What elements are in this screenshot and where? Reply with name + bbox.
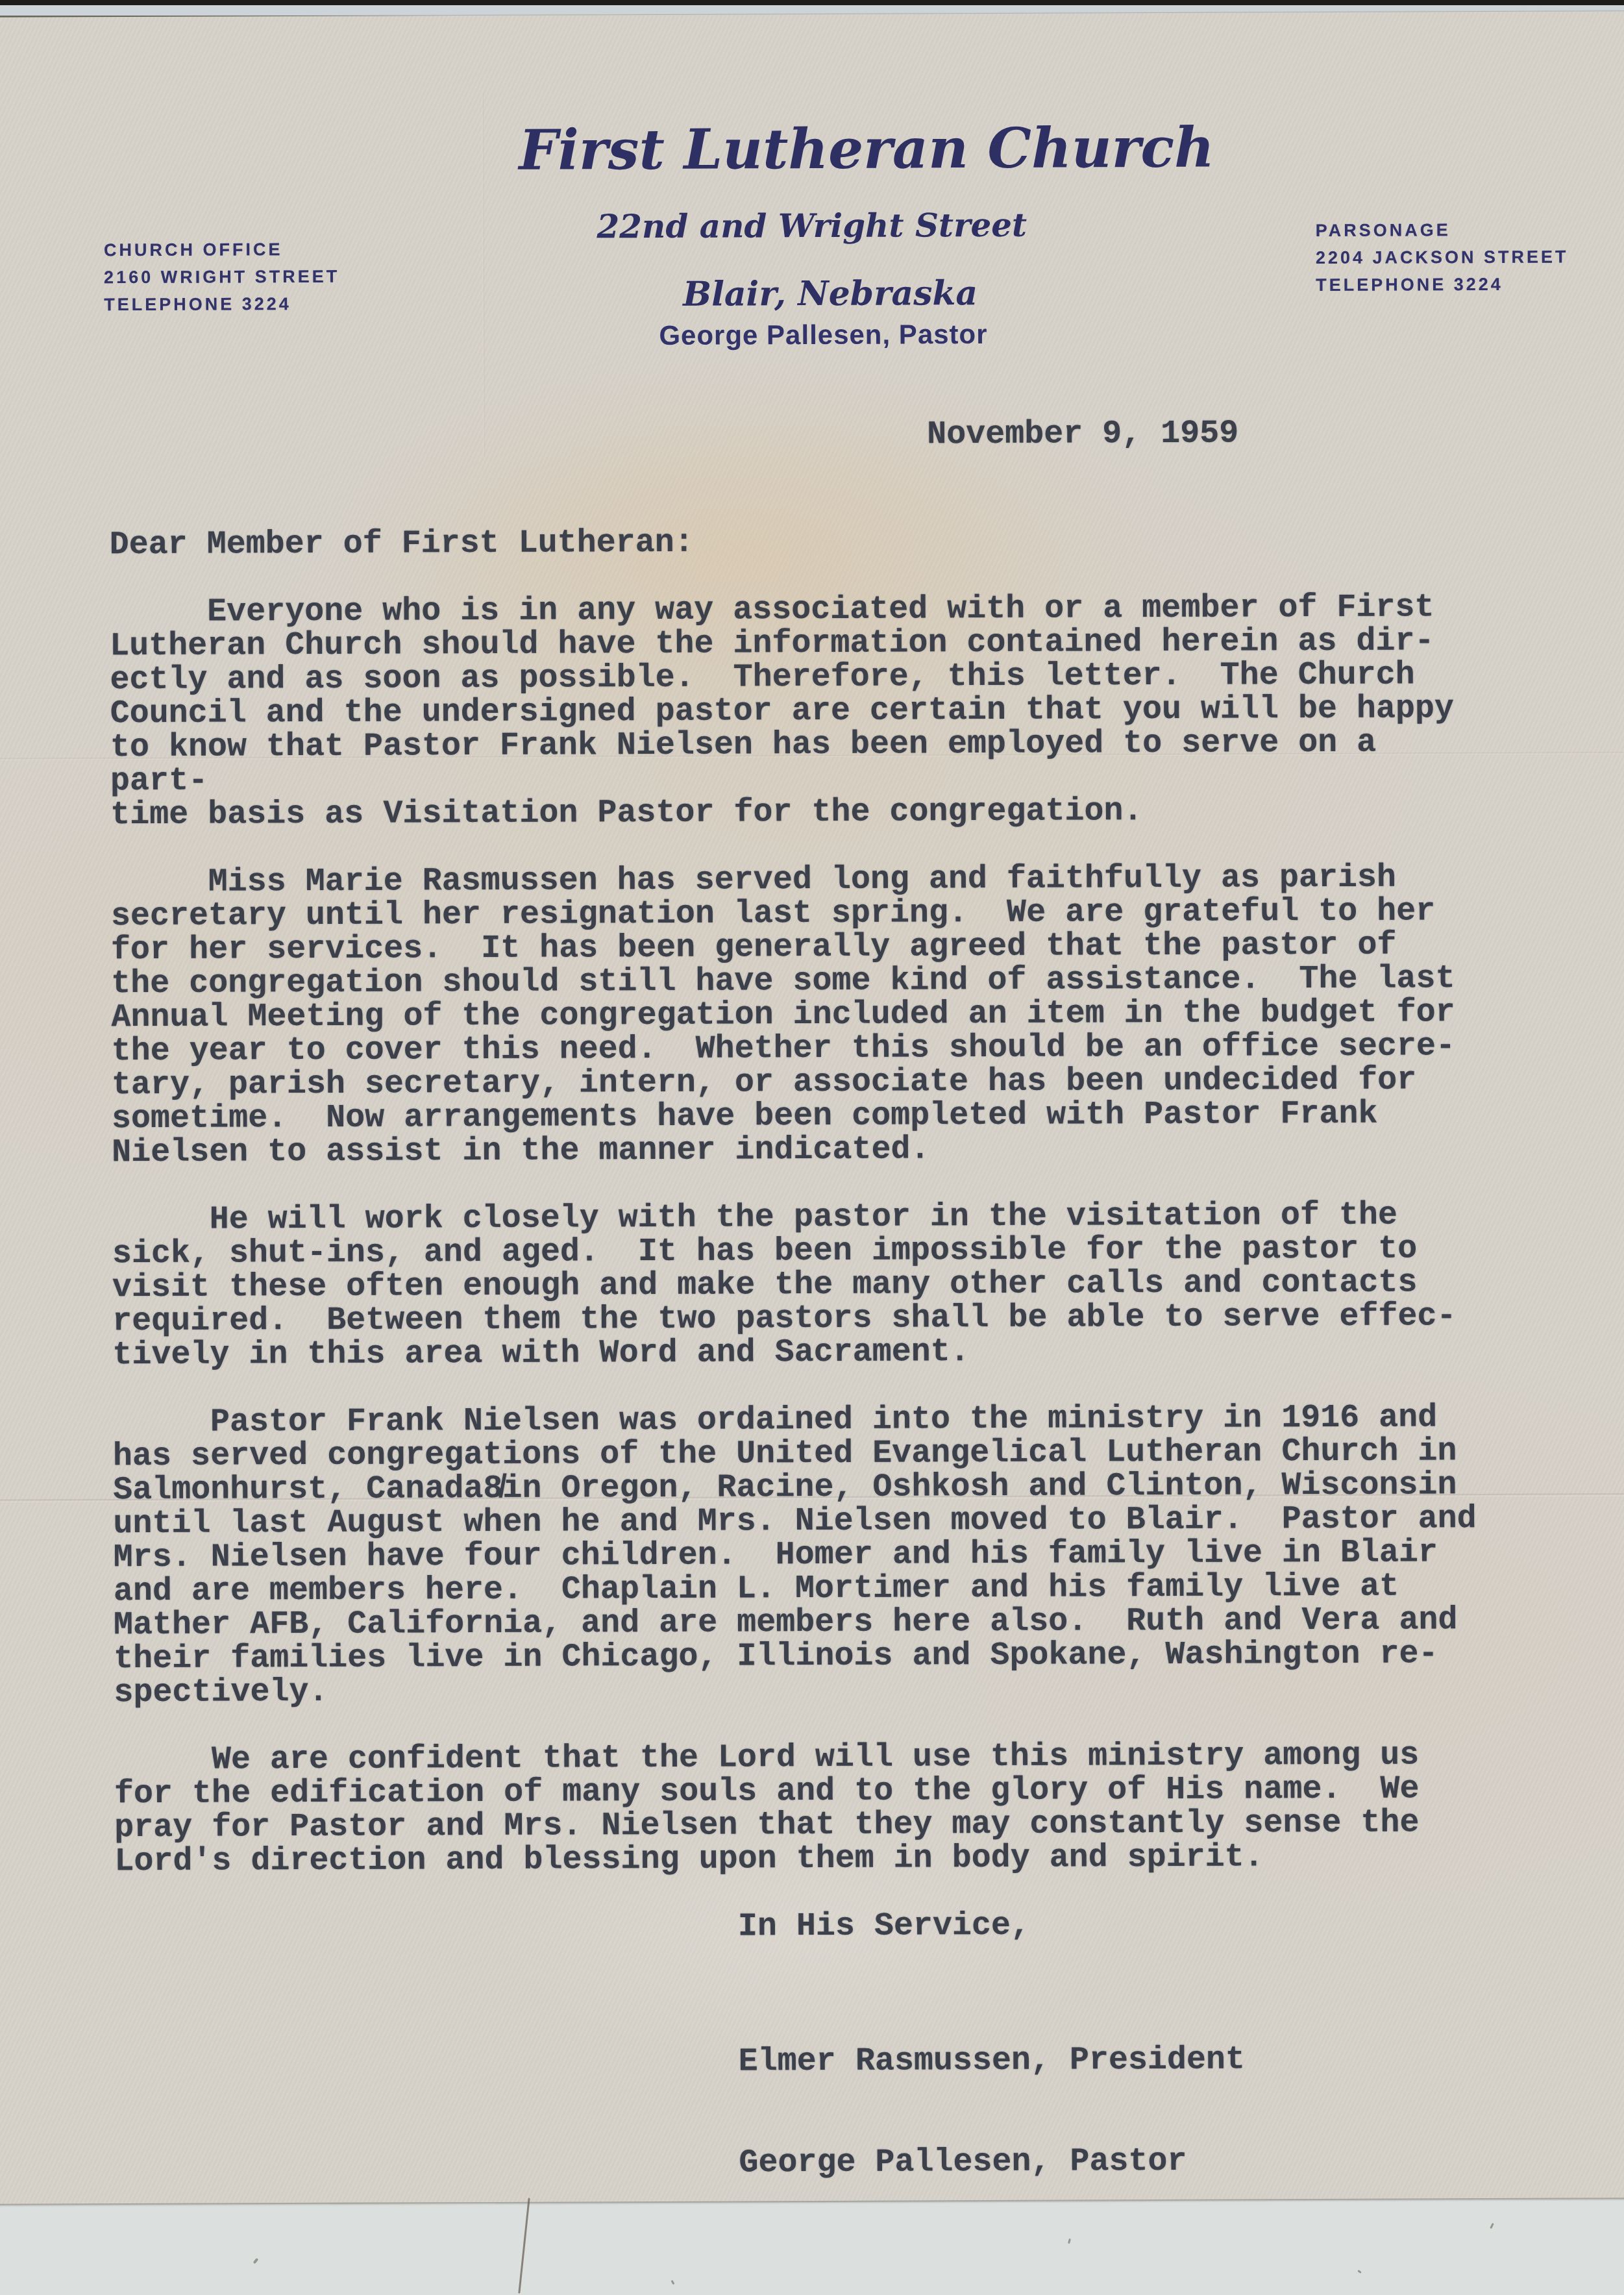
church-office-address: 2160 WRIGHT STREET bbox=[104, 263, 339, 291]
parsonage-telephone: TELEPHONE 3224 bbox=[1316, 271, 1569, 299]
signature-pastor: George Pallesen, Pastor bbox=[739, 2144, 1485, 2180]
letter-date: November 9, 1959 bbox=[109, 416, 1479, 455]
typed-letter-body: November 9, 1959 Dear Member of First Lu… bbox=[109, 416, 1486, 2250]
parsonage-contact-block: PARSONAGE 2204 JACKSON STREET TELEPHONE … bbox=[1316, 216, 1569, 299]
parsonage-address: 2204 JACKSON STREET bbox=[1316, 243, 1569, 271]
church-office-title: CHURCH OFFICE bbox=[104, 236, 339, 264]
letter-salutation: Dear Member of First Lutheran: bbox=[110, 523, 1479, 562]
letter-paragraph-5: We are confident that the Lord will use … bbox=[114, 1739, 1484, 1879]
letterhead-street-address: 22nd and Wright Street bbox=[513, 205, 1111, 246]
signature-president: Elmer Rasmussen, President bbox=[739, 2042, 1485, 2079]
letter-closing: In His Service, bbox=[115, 1907, 1484, 1946]
letterhead-church-name: First Lutheran Church bbox=[519, 116, 1116, 183]
letter-paragraph-3: He will work closely with the pastor in … bbox=[112, 1198, 1483, 1372]
letter-paragraph-2: Miss Marie Rasmussen has served long and… bbox=[111, 861, 1482, 1170]
church-office-contact-block: CHURCH OFFICE 2160 WRIGHT STREET TELEPHO… bbox=[104, 236, 340, 318]
letterhead-pastor-name: George Pallesen, Pastor bbox=[524, 318, 1122, 352]
signature-block: Elmer Rasmussen, President George Palles… bbox=[115, 1975, 1486, 2250]
letter-page: First Lutheran Church 22nd and Wright St… bbox=[0, 11, 1624, 2204]
church-office-telephone: TELEPHONE 3224 bbox=[104, 290, 339, 318]
paper-crease bbox=[482, 93, 485, 457]
parsonage-title: PARSONAGE bbox=[1316, 216, 1569, 244]
letterhead-city-state: Blair, Nebraska bbox=[532, 273, 1129, 315]
letter-paragraph-4: Pastor Frank Nielsen was ordained into t… bbox=[113, 1401, 1484, 1710]
letter-paragraph-1: Everyone who is in any way associated wi… bbox=[110, 591, 1480, 832]
